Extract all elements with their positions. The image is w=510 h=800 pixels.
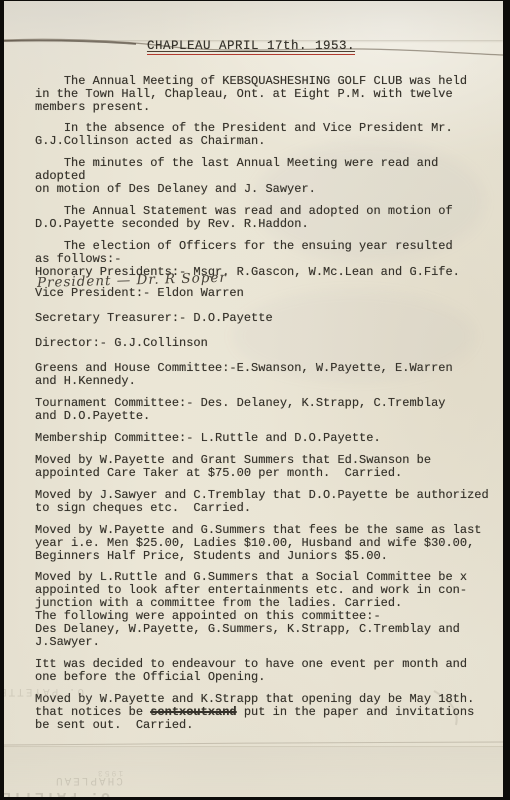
paragraph-annual-meeting: The Annual Meeting of KEBSQUASHESHING GO… [35,75,489,114]
typed-text-block: CHAPLEAU APRIL 17th. 1953. The Annual Me… [35,1,489,732]
paragraph-opening-day-motion: Moved by W.Payette and K.Strapp that ope… [35,693,489,732]
paragraph-annual-statement: The Annual Statement was read and adopte… [35,205,489,231]
bleedthrough-ghost-text: O. PAYETTE [4,788,110,797]
struck-out-text: sentxoutxand [150,705,236,719]
paragraph-minutes: The minutes of the last Annual Meeting w… [35,157,489,196]
title-row: CHAPLEAU APRIL 17th. 1953. [24,40,478,55]
paragraph-social-committee-motion: Moved by L.Ruttle and G.Summers that a S… [35,571,489,649]
paragraph-chairman: In the absence of the President and Vice… [35,122,489,148]
line-membership-committee: Membership Committee:- L.Ruttle and D.O.… [35,432,489,445]
scanned-document: CHAPLEAU APRIL 17th. 1953. The Annual Me… [0,0,510,800]
bleedthrough-ghost-text: O. PAYETTE [4,685,84,697]
paragraph-tournament-committee: Tournament Committee:- Des. Delaney, K.S… [35,397,489,423]
line-secretary-treasurer: Secretary Treasurer:- D.O.Payette [35,312,489,325]
line-director: Director:- G.J.Collinson [35,337,489,350]
bleedthrough-ghost-text: CHAPLEAU [54,774,123,786]
paragraph-fees-motion: Moved by W.Payette and G.Summers that fe… [35,524,489,563]
paragraph-cheques-motion: Moved by J.Sawyer and C.Tremblay that D.… [35,489,489,515]
paragraph-events-decision: Itt was decided to endeavour to have one… [35,658,489,684]
paper-page: CHAPLEAU APRIL 17th. 1953. The Annual Me… [4,1,503,797]
document-title: CHAPLEAU APRIL 17th. 1953. [147,40,355,55]
paragraph-greens-committee: Greens and House Committee:-E.Swanson, W… [35,362,489,388]
paragraph-caretaker-motion: Moved by W.Payette and Grant Summers tha… [35,454,489,480]
